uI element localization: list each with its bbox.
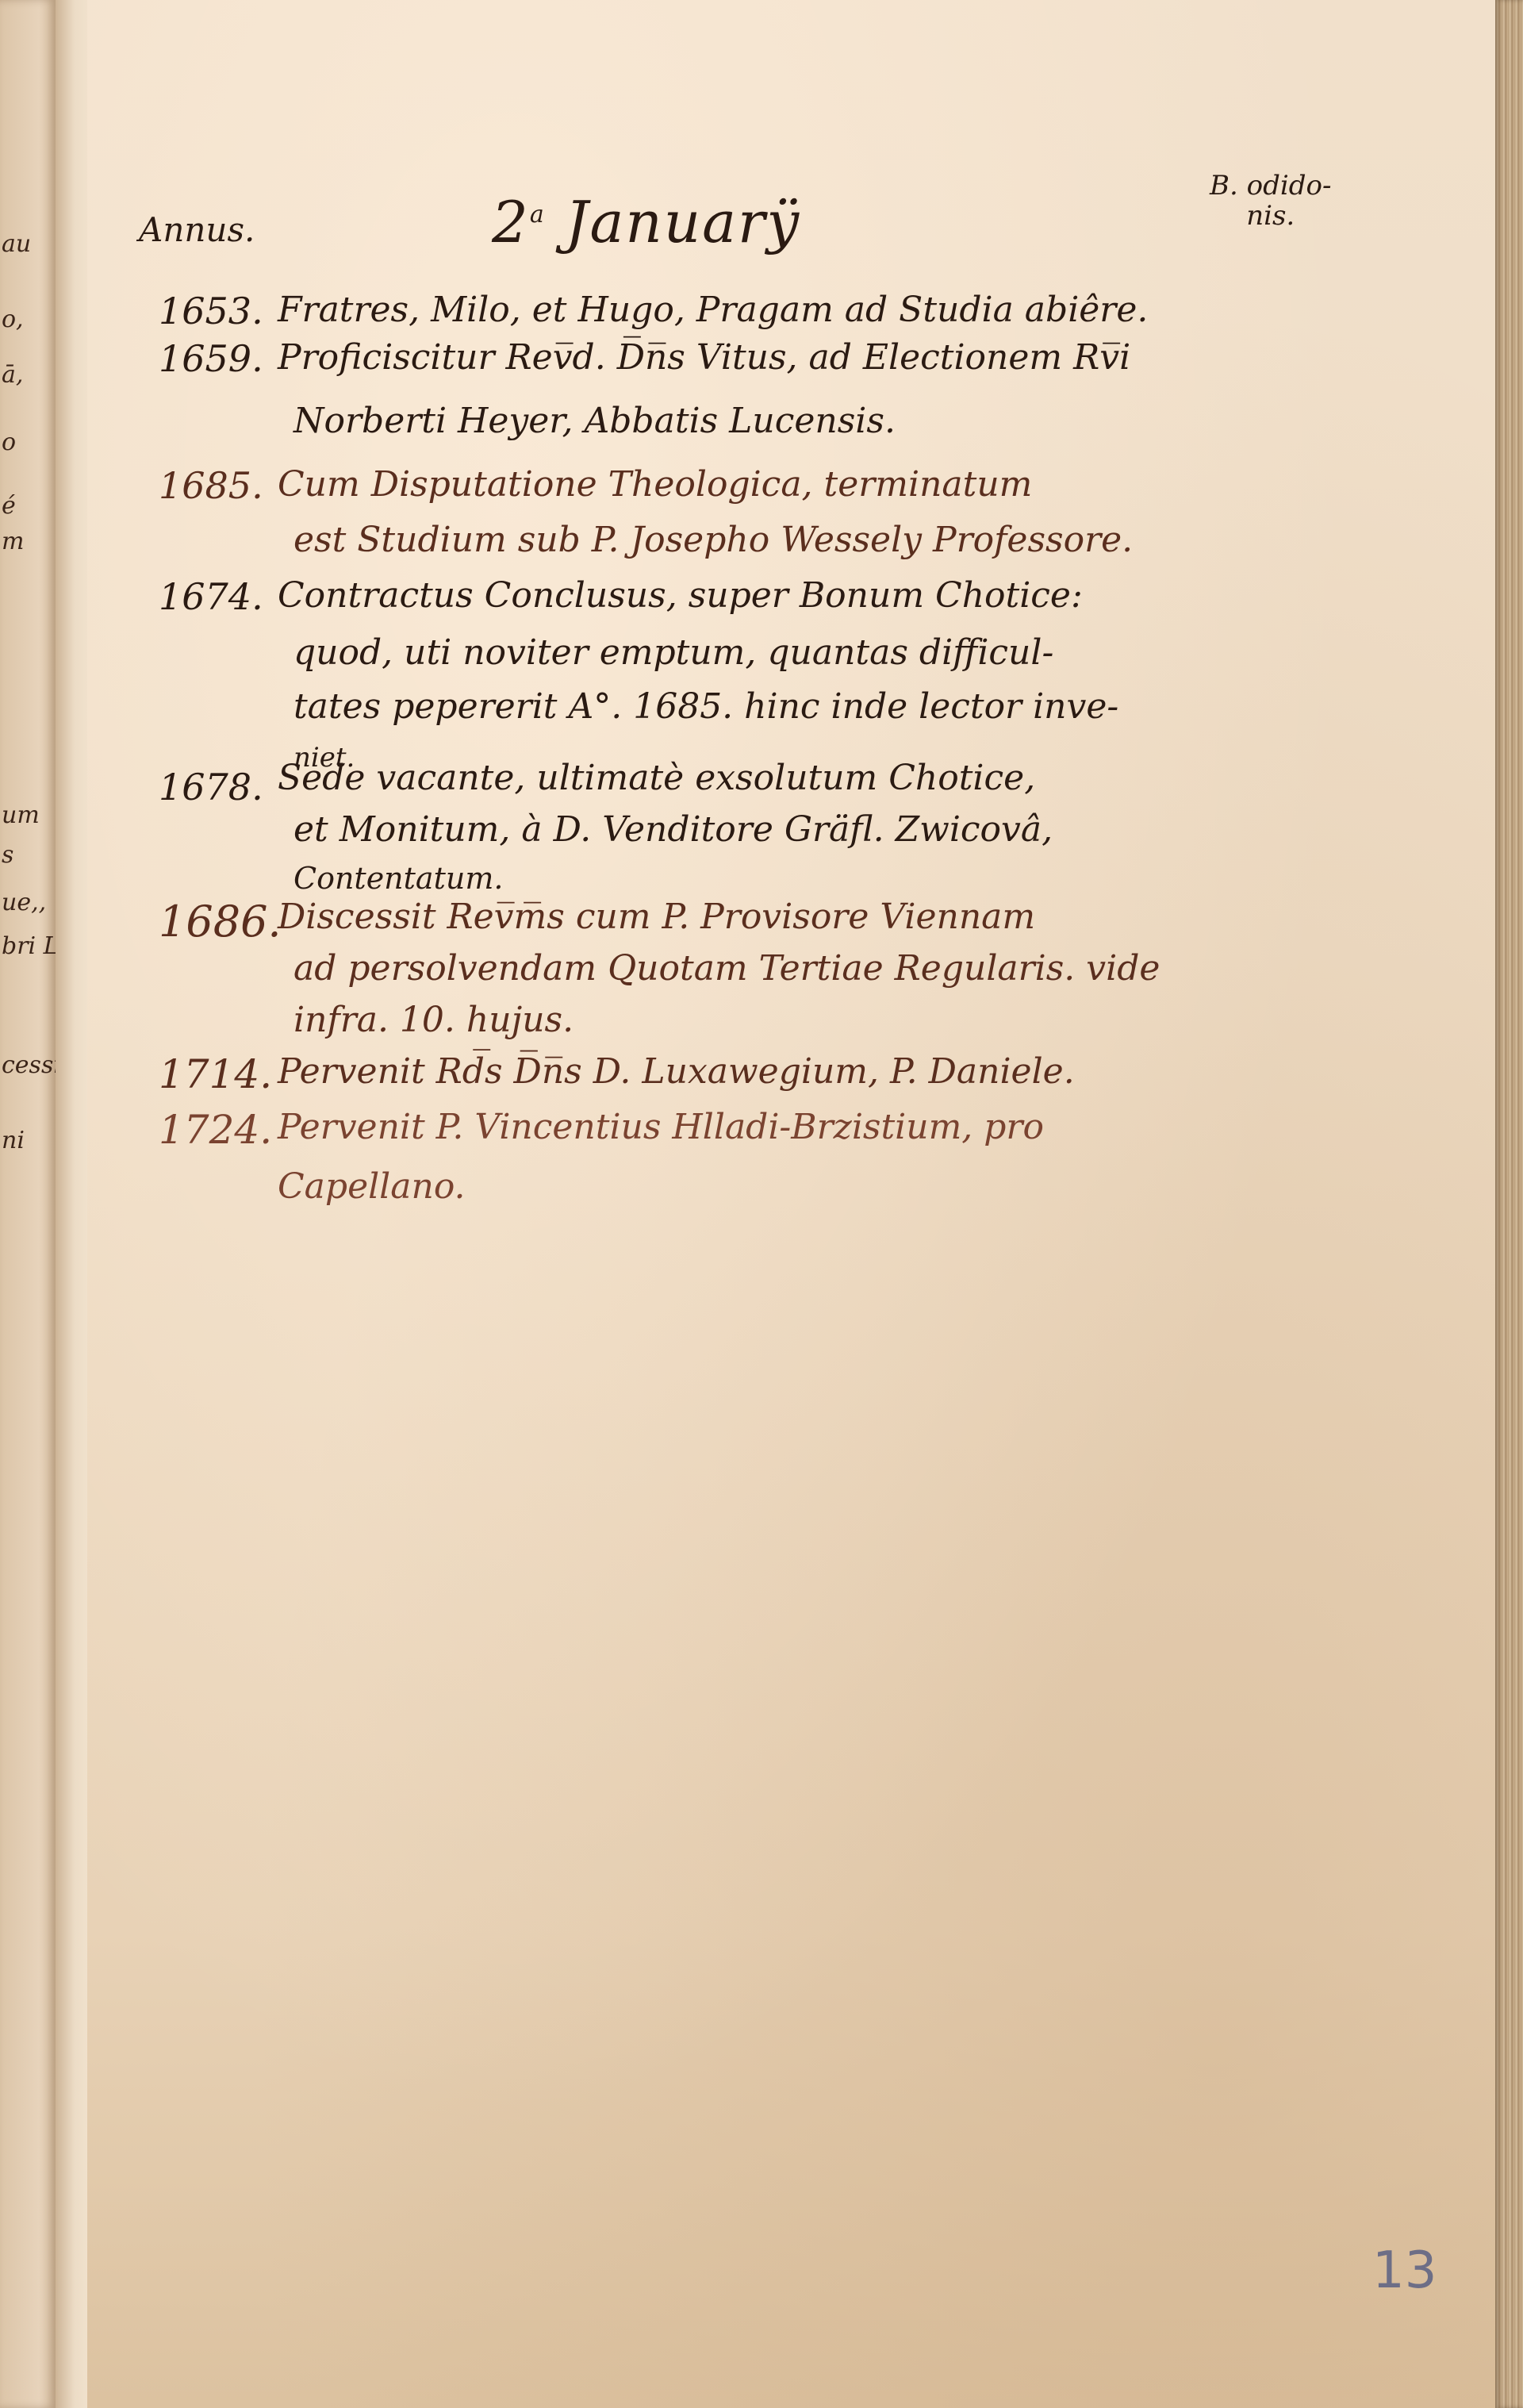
heading-day-suffix: a	[530, 201, 546, 229]
entry-line: Proficiscitur Rev̅d. D̅n̅s Vitus, ad Ele…	[278, 337, 1130, 378]
entry-line: Contentatum.	[293, 861, 503, 896]
entry-year: 1724.	[159, 1107, 272, 1153]
facing-page-fragment: o	[2, 428, 16, 456]
entry-line: Pervenit P. Vincentius Hlladi‑Brzistium,…	[278, 1107, 1044, 1147]
entry-line: ad persolvendam Quotam Tertiae Regularis…	[293, 948, 1160, 989]
entry-line: Cum Disputatione Theologica, terminatum	[278, 464, 1032, 505]
entry-line: infra. 10. hujus.	[293, 1000, 574, 1040]
entry-line: Discessit Rev̅m̅s cum P. Provisore Vienn…	[278, 897, 1035, 937]
entry-year: 1678.	[159, 766, 263, 808]
entry-line: est Studium sub P. Josepho Wessely Profe…	[293, 520, 1133, 560]
margin-note-line: B. odido‑	[1210, 171, 1331, 201]
entry-line: Contractus Conclusus, super Bonum Chotic…	[278, 575, 1083, 616]
facing-page-fragment: au	[2, 230, 31, 258]
entry-line: Norberti Heyer, Abbatis Lucensis.	[293, 401, 896, 441]
facing-page-fragment: s	[2, 841, 13, 869]
entry-year: 1685.	[159, 464, 263, 507]
facing-page-fragment: um	[2, 801, 40, 829]
page-heading-date: 2a Januarÿ	[492, 189, 800, 255]
entry-year: 1674.	[159, 575, 263, 618]
facing-page-fragment: é	[2, 492, 16, 520]
margin-note: B. odido‑ nis.	[1210, 171, 1331, 231]
page-stack-fore-edge	[1495, 0, 1523, 2408]
facing-page-fragment: cessio	[2, 1051, 56, 1079]
facing-page-fragment: ue,,	[2, 889, 46, 916]
facing-page-fragment: ā,	[2, 361, 23, 389]
entry-line: Capellano.	[278, 1166, 466, 1207]
entry-year: 1686.	[159, 897, 282, 947]
margin-note-line: nis.	[1210, 201, 1331, 231]
facing-page-fragment: o,	[2, 305, 24, 333]
facing-page-fragment: bri L	[2, 932, 56, 960]
column-header-annus: Annus.	[139, 210, 255, 249]
facing-page-fragment: m	[2, 528, 24, 555]
heading-month: Januarÿ	[566, 189, 801, 255]
facing-page-edge: au o, ā, o é m um s ue,, bri L cessio ni	[0, 0, 56, 2408]
entry-year: 1653.	[159, 290, 263, 332]
entry-line: tates pepererit A°. 1685. hinc inde lect…	[293, 686, 1118, 727]
entry-line: Sede vacante, ultimatè exsolutum Chotice…	[278, 758, 1035, 798]
entry-line: et Monitum, à D. Venditore Gräfl. Zwicov…	[293, 809, 1053, 850]
entry-line: Pervenit Rd̅s D̅̅n̅s D. Luxawegium, P. D…	[278, 1051, 1075, 1092]
folio-number: 13	[1372, 2241, 1437, 2300]
book-gutter	[56, 0, 87, 2408]
entry-line: quod, uti noviter emptum, quantas diffic…	[293, 632, 1053, 673]
entry-year: 1714.	[159, 1051, 272, 1097]
entry-year: 1659.	[159, 337, 263, 380]
facing-page-fragment: ni	[2, 1127, 25, 1154]
heading-day: 2	[492, 189, 530, 255]
entry-line: Fratres, Milo, et Hugo, Pragam ad Studia…	[278, 290, 1148, 330]
